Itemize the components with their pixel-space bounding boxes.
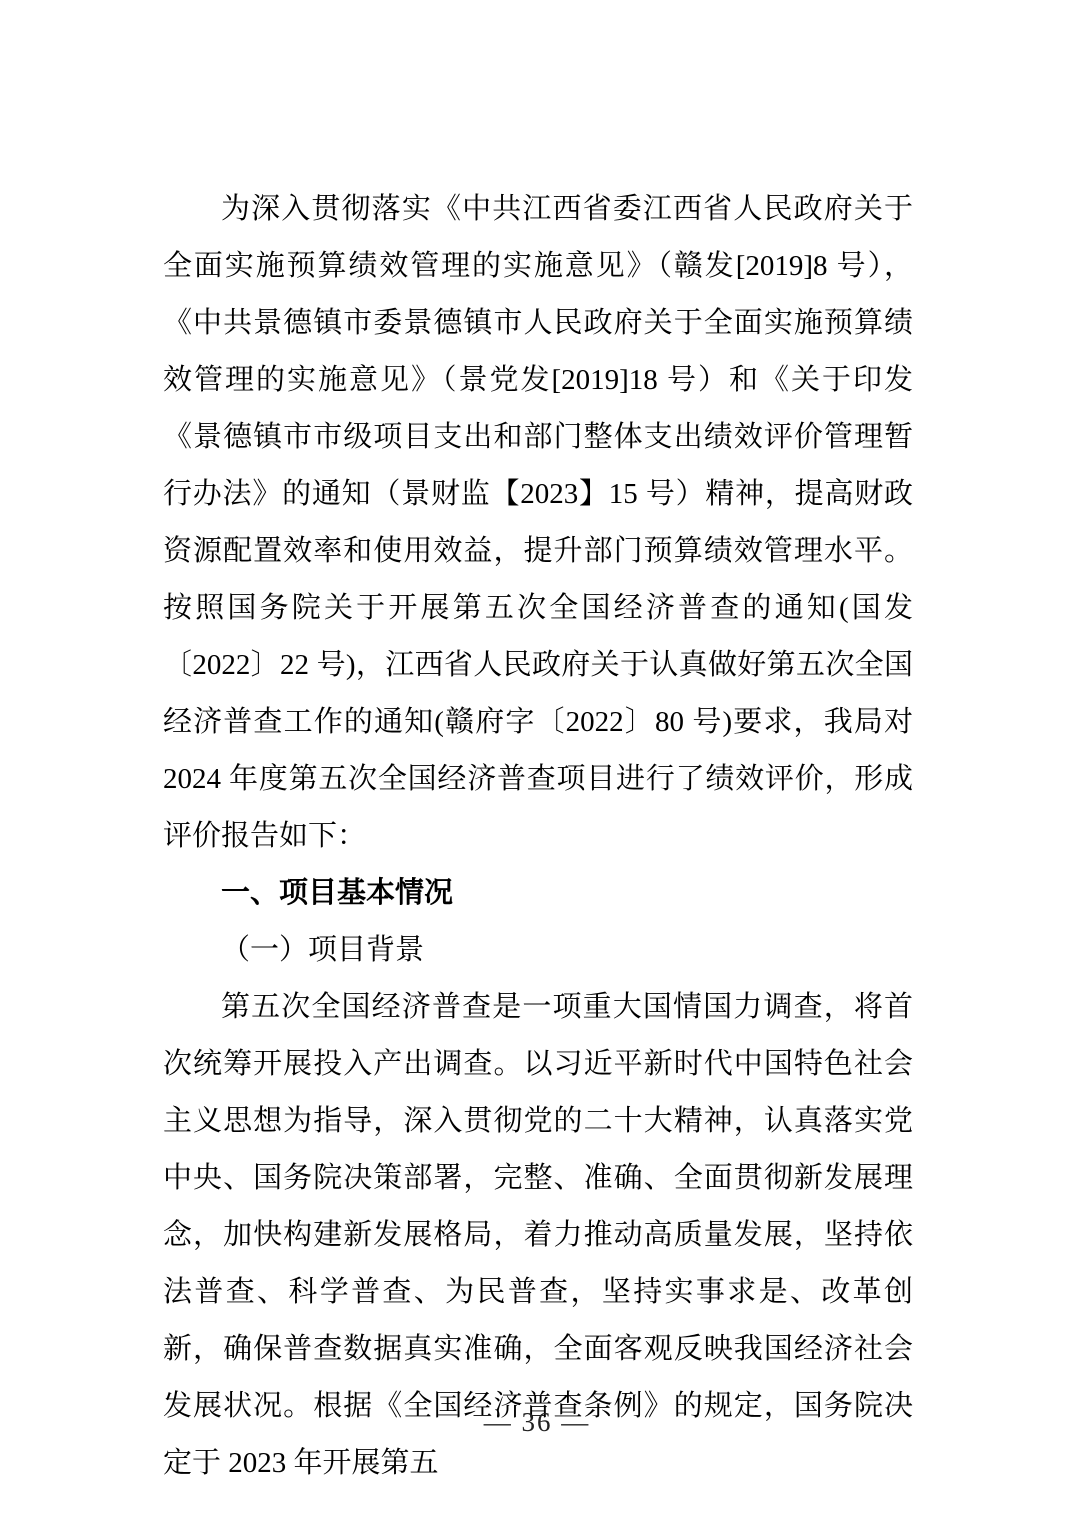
section-heading: 一、项目基本情况 xyxy=(163,865,913,922)
subsection-heading: （一）项目背景 xyxy=(163,922,913,979)
document-body: 为深入贯彻落实《中共江西省委江西省人民政府关于全面实施预算绩效管理的实施意见》（… xyxy=(163,181,913,1492)
document-page: 为深入贯彻落实《中共江西省委江西省人民政府关于全面实施预算绩效管理的实施意见》（… xyxy=(0,0,1074,1520)
intro-paragraph: 为深入贯彻落实《中共江西省委江西省人民政府关于全面实施预算绩效管理的实施意见》（… xyxy=(163,181,913,865)
page-number: — 36 — xyxy=(0,1402,1074,1442)
